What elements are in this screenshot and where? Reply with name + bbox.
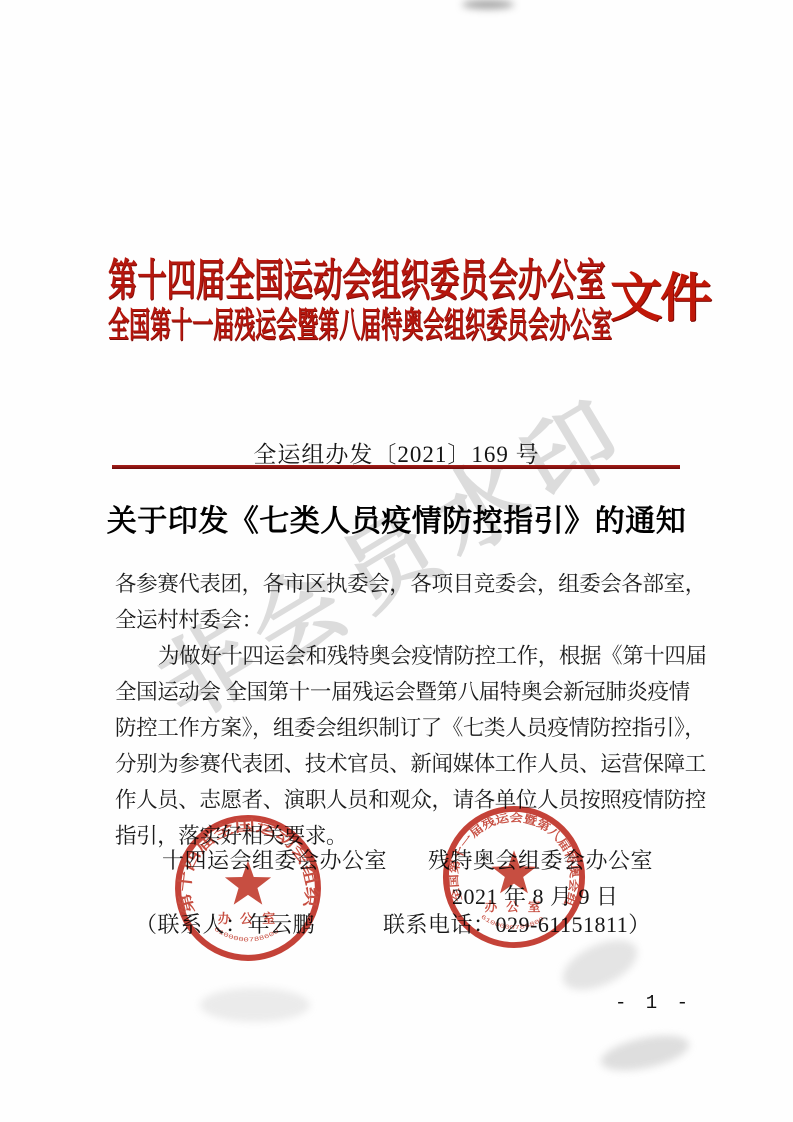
seal-center-text: 办 公 室 — [218, 911, 278, 926]
seal-star-icon — [225, 861, 271, 905]
red-separator-rule — [112, 465, 680, 469]
body-line: 为做好十四运会和残特奥会疫情防控工作，根据《第十四届 — [115, 638, 687, 674]
svg-text:全国第十一届残运会暨第八届特奥会组织委员会: 全国第十一届残运会暨第八届特奥会组织委员会 — [440, 803, 582, 909]
body-line: 分别为参赛代表团、技术官员、新闻媒体工作人员、运营保障工 — [115, 746, 687, 782]
document-page: 非会员水印 第十四届全国运动会组织委员会办公室 全国第十一届残运会暨第八届特奥会… — [0, 0, 793, 1122]
seal-ring-text: 第十四届全国运动会组织委员会 — [172, 812, 321, 915]
body-line: 全国运动会 全国第十一届残运会暨第八届特奥会新冠肺炎疫情 — [115, 674, 687, 710]
letterhead-org-line1: 第十四届全国运动会组织委员会办公室 — [108, 256, 444, 306]
seal-star-icon — [492, 850, 537, 893]
body-line: 全运村村委会： — [115, 602, 687, 638]
body-line: 各参赛代表团，各市区执委会，各项目竞委会，组委会各部室， — [115, 566, 687, 602]
letterhead-doc-type: 文件 — [610, 270, 710, 330]
page-number: - 1 - — [615, 992, 692, 1014]
seal-serial-number: 6100000788600 — [213, 925, 281, 943]
scan-smudge — [200, 988, 310, 1022]
letterhead: 第十四届全国运动会组织委员会办公室 全国第十一届残运会暨第八届特奥会组织委员会办… — [108, 256, 613, 346]
svg-text:6100000788600: 6100000788600 — [213, 925, 281, 943]
letterhead-org-line2: 全国第十一届残运会暨第八届特奥会组织委员会办公室 — [108, 306, 411, 346]
scan-smudge — [598, 1029, 692, 1077]
svg-text:第十四届全国运动会组织委员会: 第十四届全国运动会组织委员会 — [172, 812, 321, 915]
body-line: 防控工作方案》，组委会组织制订了《七类人员疫情防控指引》， — [115, 710, 687, 746]
seal-serial-number: 6100000786800 — [479, 913, 545, 931]
svg-text:6100000786800: 6100000786800 — [479, 913, 545, 931]
official-seal-right: 全国第十一届残运会暨第八届特奥会组织委员会 办 公 室 610000078680… — [440, 803, 588, 951]
seal-center-text: 办 公 室 — [485, 899, 544, 914]
seal-ring-text: 全国第十一届残运会暨第八届特奥会组织委员会 — [440, 803, 582, 909]
official-seal-left: 第十四届全国运动会组织委员会 办 公 室 6100000788600 — [172, 812, 324, 964]
document-body: 各参赛代表团，各市区执委会，各项目竞委会，组委会各部室， 全运村村委会： 为做好… — [115, 566, 687, 854]
document-title: 关于印发《七类人员疫情防控指引》的通知 — [0, 496, 793, 540]
scan-smudge — [462, 0, 514, 9]
